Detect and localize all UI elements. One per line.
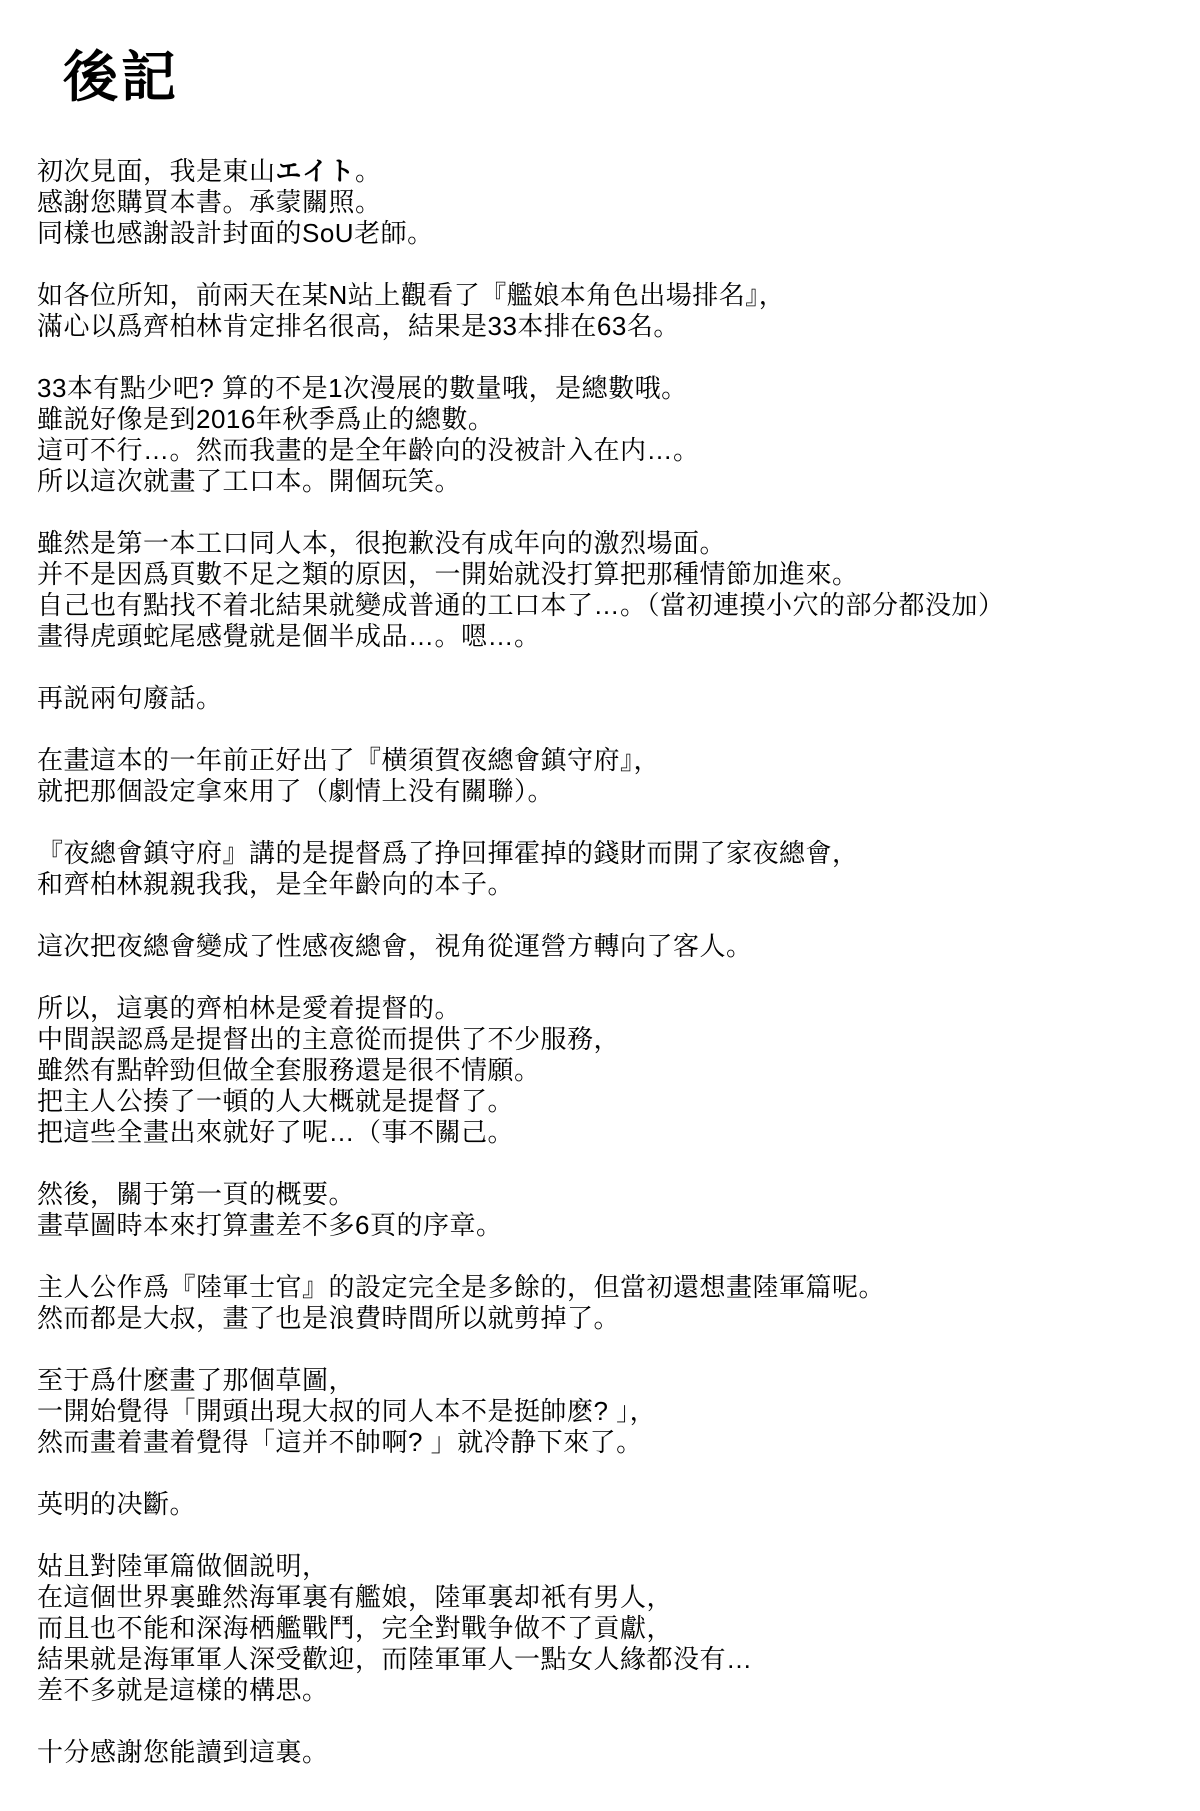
paragraph-decision: 英明的决斷。	[37, 1489, 1157, 1520]
paragraph-prev-work-desc: 『夜總會鎮守府』講的是提督爲了挣回揮霍掉的錢財而開了家夜總會， 和齊柏林親親我我…	[37, 838, 1157, 900]
text-line: 33本有點少吧? 算的不是1次漫展的數量哦，是總數哦。	[37, 373, 1157, 404]
text-line: 并不是因爲頁數不足之類的原因，一開始就没打算把那種情節加進來。	[37, 559, 1157, 590]
text-line: 畫得虎頭蛇尾感覺就是個半成品…。嗯…。	[37, 621, 1157, 652]
paragraph-aside: 再説兩句廢話。	[37, 683, 1157, 714]
text-line: 把主人公揍了一頓的人大概就是提督了。	[37, 1086, 1157, 1117]
text-line: 這次把夜總會變成了性感夜總會，視角從運營方轉向了客人。	[37, 931, 1157, 962]
text-line: 再説兩句廢話。	[37, 683, 1157, 714]
text-line: 然而畫着畫着覺得「這并不帥啊? 」就冷静下來了。	[37, 1427, 1157, 1458]
text-line: 如各位所知，前兩天在某N站上觀看了『艦娘本角色出場排名』，	[37, 280, 1157, 311]
paragraph-prev-work: 在畫這本的一年前正好出了『横須賀夜總會鎮守府』， 就把那個設定拿來用了（劇情上没…	[37, 745, 1157, 807]
text-line: 一開始覺得「開頭出現大叔的同人本不是挺帥麽? 」，	[37, 1396, 1157, 1427]
text-line: 同樣也感謝設計封面的SoU老師。	[37, 218, 1157, 249]
text-line: 雖説好像是到2016年秋季爲止的總數。	[37, 404, 1157, 435]
paragraph-first-page: 然後，關于第一頁的概要。 畫草圖時本來打算畫差不多6頁的序章。	[37, 1179, 1157, 1241]
text-line: 感謝您購買本書。承蒙關照。	[37, 187, 1157, 218]
text-segment: 。	[355, 156, 382, 186]
text-line: 把這些全畫出來就好了呢…（事不關己。	[37, 1117, 1157, 1148]
afterword-body: 初次見面，我是東山エイト。 感謝您購買本書。承蒙關照。 同樣也感謝設計封面的So…	[37, 156, 1157, 1768]
text-line: 而且也不能和深海栖艦戰鬥，完全對戰争做不了貢獻，	[37, 1613, 1157, 1644]
text-line: 所以這次就畫了工口本。開個玩笑。	[37, 466, 1157, 497]
paragraph-thanks: 十分感謝您能讀到這裏。	[37, 1737, 1157, 1768]
text-line: 所以，這裏的齊柏林是愛着提督的。	[37, 993, 1157, 1024]
text-line: 初次見面，我是東山エイト。	[37, 156, 1157, 187]
text-line: 這可不行…。然而我畫的是全年齡向的没被計入在内…。	[37, 435, 1157, 466]
text-line: 至于爲什麽畫了那個草圖，	[37, 1365, 1157, 1396]
paragraph-intro: 初次見面，我是東山エイト。 感謝您購買本書。承蒙關照。 同樣也感謝設計封面的So…	[37, 156, 1157, 249]
paragraph-army-setting: 主人公作爲『陸軍士官』的設定完全是多餘的，但當初還想畫陸軍篇呢。 然而都是大叔，…	[37, 1272, 1157, 1334]
afterword-page: 後記 初次見面，我是東山エイト。 感謝您購買本書。承蒙關照。 同樣也感謝設計封面…	[0, 0, 1200, 1811]
paragraph-first-book: 雖然是第一本工口同人本，很抱歉没有成年向的激烈場面。 并不是因爲頁數不足之類的原…	[37, 528, 1157, 652]
text-line: 結果就是海軍軍人深受歡迎，而陸軍軍人一點女人緣都没有…	[37, 1644, 1157, 1675]
text-line: 十分感謝您能讀到這裏。	[37, 1737, 1157, 1768]
text-line: 就把那個設定拿來用了（劇情上没有關聯）。	[37, 776, 1157, 807]
paragraph-ranking: 如各位所知，前兩天在某N站上觀看了『艦娘本角色出場排名』， 滿心以爲齊柏林肯定排…	[37, 280, 1157, 342]
text-line: 畫草圖時本來打算畫差不多6頁的序章。	[37, 1210, 1157, 1241]
text-line: 然而都是大叔，畫了也是浪費時間所以就剪掉了。	[37, 1303, 1157, 1334]
page-title: 後記	[63, 50, 179, 105]
text-line: 『夜總會鎮守府』講的是提督爲了挣回揮霍掉的錢財而開了家夜總會，	[37, 838, 1157, 869]
text-line: 滿心以爲齊柏林肯定排名很高，結果是33本排在63名。	[37, 311, 1157, 342]
text-line: 主人公作爲『陸軍士官』的設定完全是多餘的，但當初還想畫陸軍篇呢。	[37, 1272, 1157, 1303]
paragraph-club-change: 這次把夜總會變成了性感夜總會，視角從運營方轉向了客人。	[37, 931, 1157, 962]
text-line: 中間誤認爲是提督出的主意從而提供了不少服務，	[37, 1024, 1157, 1055]
text-line: 在這個世界裏雖然海軍裏有艦娘，陸軍裏却衹有男人，	[37, 1582, 1157, 1613]
paragraph-army-explain: 姑且對陸軍篇做個説明， 在這個世界裏雖然海軍裏有艦娘，陸軍裏却衹有男人， 而且也…	[37, 1551, 1157, 1706]
text-line: 自己也有點找不着北結果就變成普通的工口本了…。（當初連摸小穴的部分都没加）	[37, 590, 1157, 621]
author-name: エイト	[276, 156, 356, 186]
text-line: 和齊柏林親親我我，是全年齡向的本子。	[37, 869, 1157, 900]
text-line: 英明的决斷。	[37, 1489, 1157, 1520]
text-line: 然後，關于第一頁的概要。	[37, 1179, 1157, 1210]
text-line: 在畫這本的一年前正好出了『横須賀夜總會鎮守府』，	[37, 745, 1157, 776]
paragraph-character: 所以，這裏的齊柏林是愛着提督的。 中間誤認爲是提督出的主意從而提供了不少服務， …	[37, 993, 1157, 1148]
text-line: 雖然有點幹勁但做全套服務還是很不情願。	[37, 1055, 1157, 1086]
paragraph-count: 33本有點少吧? 算的不是1次漫展的數量哦，是總數哦。 雖説好像是到2016年秋…	[37, 373, 1157, 497]
text-segment: 初次見面，我是東山	[37, 156, 276, 186]
text-line: 雖然是第一本工口同人本，很抱歉没有成年向的激烈場面。	[37, 528, 1157, 559]
paragraph-draft-reason: 至于爲什麽畫了那個草圖， 一開始覺得「開頭出現大叔的同人本不是挺帥麽? 」， 然…	[37, 1365, 1157, 1458]
text-line: 差不多就是這樣的構思。	[37, 1675, 1157, 1706]
text-line: 姑且對陸軍篇做個説明，	[37, 1551, 1157, 1582]
